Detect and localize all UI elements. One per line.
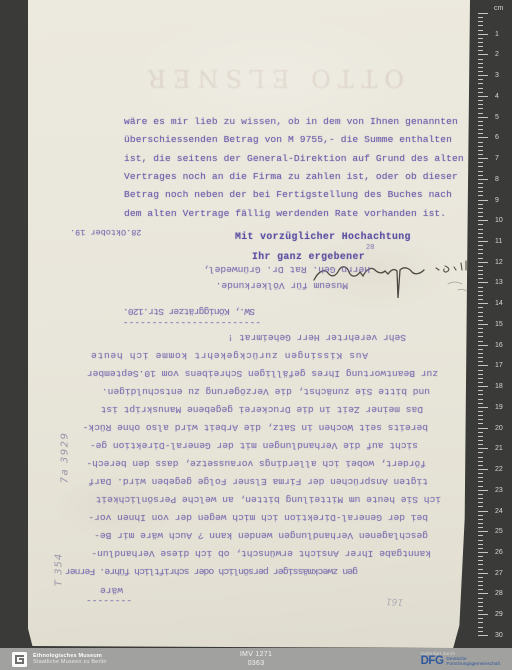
typewritten-line: Betrag noch neben der bei Fertigstellung…: [124, 186, 464, 204]
ruler-tick: [478, 142, 483, 143]
ruler-tick: [478, 83, 483, 84]
ruler-tick: [478, 320, 483, 321]
ruler-tick: [478, 498, 483, 499]
shelfmark-reference: IMV 1271 0363: [240, 651, 272, 668]
ruler-tick: [478, 237, 483, 238]
ruler-number: 15: [495, 321, 503, 328]
ruler-number: 3: [495, 72, 499, 79]
ruler-tick: [478, 419, 483, 420]
reversed-body-line: Aus Kissingen zurückgekehrt komme ich he…: [68, 350, 368, 361]
ruler-tick: [478, 307, 483, 308]
museum-caption: Ethnologisches Museum Staatliche Museen …: [33, 653, 107, 666]
ruler-tick: [478, 365, 488, 366]
ruler-tick: [478, 59, 483, 60]
ruler-tick: [478, 457, 483, 458]
ruler-tick: [478, 13, 488, 14]
ruler-tick: [478, 336, 483, 337]
ruler-tick: [478, 332, 483, 333]
reversed-address-line: SW., Königgrätzer Str.120.: [85, 306, 255, 317]
ruler-tick: [478, 42, 483, 43]
ruler-tick: [478, 220, 488, 221]
ruler-tick: [478, 295, 483, 296]
reversed-address-line: Herrn Geh. Rat Dr. Grünwedel,: [150, 264, 370, 275]
ruler-number: 25: [495, 528, 503, 535]
ruler-tick: [478, 79, 483, 80]
ruler-tick: [478, 137, 488, 138]
typewritten-line: Vertrages noch an die Firma zu zahlen is…: [124, 168, 464, 186]
dfg-name: Deutsche Forschungsgemeinschaft: [446, 657, 500, 667]
shelfmark-line: IMV 1271: [240, 651, 272, 660]
reversed-body-line: geschlagenen Verhandlungen wenden kann ?…: [48, 530, 428, 541]
ruler-tick: [478, 502, 483, 503]
ruler-number: 9: [495, 197, 499, 204]
letter-continuation-paragraph: wäre es mir lieb zu wissen, ob in dem vo…: [124, 113, 464, 223]
ruler-tick: [478, 436, 483, 437]
ruler-tick: [478, 100, 483, 101]
ruler-tick: [478, 158, 488, 159]
ruler-tick: [478, 353, 483, 354]
ruler-tick: [478, 67, 483, 68]
ruler-tick: [478, 245, 483, 246]
ruler-number: 4: [495, 93, 499, 100]
ruler-tick: [478, 266, 483, 267]
ruler-tick: [478, 598, 483, 599]
reversed-body-line: bereits seit Wochen in Satz, die Arbeit …: [48, 422, 428, 433]
ruler-number: 6: [495, 134, 499, 141]
ruler-tick: [478, 88, 483, 89]
ruler-number: 11: [495, 238, 502, 245]
ruler-number: 13: [495, 279, 503, 286]
reversed-body-line: und bitte Sie zunächst, die Verzögerung …: [50, 386, 430, 397]
ruler-tick: [478, 175, 483, 176]
ruler-tick: [478, 444, 483, 445]
ruler-tick: [478, 328, 483, 329]
ruler-tick: [478, 448, 488, 449]
typewritten-line: wäre es mir lieb zu wissen, ob in dem vo…: [124, 113, 464, 131]
ruler-tick: [478, 602, 483, 603]
image-number: 0363: [240, 660, 272, 669]
ruler-tick: [478, 287, 483, 288]
ruler-number: 14: [495, 300, 503, 307]
ruler-tick: [478, 146, 483, 147]
ruler-tick: [478, 486, 483, 487]
ruler-tick: [478, 63, 483, 64]
reversed-body-line: tigten Ansprüchen der Firma Elsner Folge…: [48, 476, 428, 487]
ruler-tick: [478, 17, 483, 18]
ruler-tick: [478, 515, 483, 516]
ruler-number: 7: [495, 155, 499, 162]
ruler-number: 1: [495, 31, 499, 38]
reversed-address-underline: ------------------------: [91, 317, 261, 328]
ruler-tick: [478, 241, 488, 242]
ruler-tick: [478, 511, 488, 512]
ruler-tick: [478, 585, 483, 586]
reversed-date-line: 28.Oktober 19.: [70, 227, 141, 237]
ruler-tick: [478, 224, 483, 225]
ruler-tick: [478, 370, 483, 371]
ruler-tick: [478, 535, 483, 536]
ruler-tick: [478, 440, 483, 441]
ruler-number: 22: [495, 466, 503, 473]
ruler-tick: [478, 531, 488, 532]
ruler-tick: [478, 631, 483, 632]
museum-org: Staatliche Museen zu Berlin: [33, 659, 107, 666]
museum-logo-icon: [12, 652, 27, 667]
ruler-tick: [478, 564, 483, 565]
ruler-tick: [478, 378, 483, 379]
ruler-tick: [478, 46, 483, 47]
ruler-tick: [478, 469, 488, 470]
ruler-tick: [478, 610, 483, 611]
ruler-tick: [478, 299, 483, 300]
ruler-tick: [478, 490, 488, 491]
ruler-tick: [478, 523, 483, 524]
ruler-tick: [478, 614, 488, 615]
photo-ruler: cm 1234567891011121314151617181920212223…: [476, 0, 512, 648]
ruler-number: 5: [495, 114, 499, 121]
typewritten-line: ist, die seitens der General-Direktion a…: [124, 150, 464, 168]
ruler-tick: [478, 494, 483, 495]
scan-photo-background: OTTO ELSNER wäre es mir lieb zu wissen, …: [0, 0, 512, 670]
ruler-number: 18: [495, 383, 503, 390]
ruler-tick: [478, 432, 483, 433]
ruler-tick: [478, 117, 488, 118]
ruler-tick: [478, 627, 483, 628]
ruler-tick: [478, 415, 483, 416]
ruler-number: 29: [495, 611, 503, 618]
ruler-tick: [478, 229, 483, 230]
ruler-number: 27: [495, 570, 503, 577]
ruler-tick: [478, 108, 483, 109]
reversed-body-line: sicht auf die Verhandlungen mit der Gene…: [38, 440, 418, 451]
reversed-salutation: Sehr verehrter Herr Geheimrat !: [176, 332, 406, 343]
ruler-tick: [478, 150, 483, 151]
ruler-tick: [478, 544, 483, 545]
ruler-tick: [478, 540, 483, 541]
ruler-tick: [478, 92, 483, 93]
ruler-tick: [478, 606, 483, 607]
ruler-tick: [478, 382, 483, 383]
ruler-tick: [478, 622, 483, 623]
ruler-tick: [478, 428, 488, 429]
typewritten-line: dem alten Vertrage fällig werdenden Rate…: [124, 205, 464, 223]
ruler-tick: [478, 113, 483, 114]
ruler-tick: [478, 183, 483, 184]
ruler-tick: [478, 125, 483, 126]
ruler-number: 30: [495, 632, 503, 639]
pencil-page-number: 161: [386, 596, 404, 607]
ruler-tick: [478, 341, 483, 342]
ruler-number: 12: [495, 259, 503, 266]
ruler-tick: [478, 166, 483, 167]
reversed-body-line: bei der General-Direktion ich mich wegen…: [48, 512, 428, 523]
ruler-tick: [478, 38, 483, 39]
ruler-tick: [478, 548, 483, 549]
ruler-number: 21: [495, 445, 503, 452]
ruler-tick: [478, 179, 488, 180]
ruler-tick: [478, 104, 483, 105]
ruler-tick: [478, 411, 483, 412]
ruler-tick: [478, 34, 488, 35]
ruler-tick: [478, 200, 488, 201]
ruler-number: 28: [495, 590, 503, 597]
ruler-tick: [478, 262, 488, 263]
ruler-tick: [478, 50, 483, 51]
ruler-tick: [478, 390, 483, 391]
footer-bar: Ethnologisches Museum Staatliche Museen …: [0, 648, 512, 670]
ruler-tick: [478, 477, 483, 478]
ruler-tick: [478, 569, 483, 570]
ruler-tick: [478, 21, 483, 22]
reversed-body-line: kanntgabe Ihrer Ansicht erwünscht, ob ic…: [51, 548, 431, 559]
ruler-tick: [478, 270, 483, 271]
ruler-tick: [478, 481, 483, 482]
ruler-tick: [478, 54, 488, 55]
ruler-tick: [478, 253, 483, 254]
ruler-tick: [478, 291, 483, 292]
ruler-tick: [478, 357, 483, 358]
reversed-address-line: Museum für Völkerkunde.: [128, 280, 348, 291]
ruler-tick: [478, 589, 483, 590]
ruler-tick: [478, 171, 483, 172]
ruler-number: 8: [495, 176, 499, 183]
ruler-tick: [478, 465, 483, 466]
dfg-acronym: DFG: [421, 657, 444, 666]
ruler-tick: [478, 75, 488, 76]
reversed-body-line: fördert, wobei ich allerdings voraussetz…: [46, 458, 426, 469]
signature-scrawl: [308, 246, 498, 310]
reversed-body-line: Das meiner Zeit in die Druckerei gegeben…: [43, 404, 423, 415]
ruler-tick: [478, 133, 483, 134]
ruler-tick: [478, 204, 483, 205]
ruler-tick: [478, 473, 483, 474]
ruler-tick: [478, 399, 483, 400]
ruler-tick: [478, 233, 483, 234]
ruler-tick: [478, 274, 483, 275]
letterhead-ghost-text: OTTO ELSNER: [146, 64, 404, 92]
ruler-number: 24: [495, 508, 503, 515]
reversed-body-line: ich Sie heute um Mitteilung bitten, an w…: [61, 494, 441, 505]
ruler-tick: [478, 154, 483, 155]
ruler-tick: [478, 249, 483, 250]
ruler-tick: [478, 394, 483, 395]
typewritten-line: überschiessenden Betrag von M 9755,- die…: [124, 131, 464, 149]
ruler-number: 19: [495, 404, 503, 411]
ruler-tick: [478, 25, 483, 26]
ruler-tick: [478, 345, 488, 346]
ruler-tick: [478, 618, 483, 619]
archival-number-lower: T 354: [54, 542, 65, 598]
ruler-tick: [478, 527, 483, 528]
ruler-tick: [478, 208, 483, 209]
ruler-tick: [478, 552, 488, 553]
ruler-tick: [478, 374, 483, 375]
ruler-tick: [478, 282, 488, 283]
ruler-tick: [478, 187, 483, 188]
ruler-tick: [478, 162, 483, 163]
reversed-body-line: zur Beantwortung Ihres gefälligen Schrei…: [58, 368, 438, 379]
ruler-unit-label: cm: [494, 5, 503, 12]
closing-salutation: Mit vorzüglicher Hochachtung: [235, 231, 411, 242]
ruler-number: 2: [495, 51, 499, 58]
ruler-tick: [478, 423, 483, 424]
ruler-tick: [478, 129, 483, 130]
ruler-tick: [478, 216, 483, 217]
ruler-tick: [478, 407, 488, 408]
ruler-tick: [478, 556, 483, 557]
ruler-tick: [478, 560, 483, 561]
ruler-tick: [478, 349, 483, 350]
ruler-tick: [478, 635, 488, 636]
archival-number-upper: 7a 3929: [60, 415, 71, 501]
ruler-tick: [478, 312, 483, 313]
ruler-tick: [478, 519, 483, 520]
ruler-number: 10: [495, 217, 503, 224]
ruler-tick: [478, 577, 483, 578]
ruler-tick: [478, 30, 483, 31]
dfg-logo: Gefördert durch DFG Deutsche Forschungsg…: [421, 651, 500, 668]
document-page: OTTO ELSNER wäre es mir lieb zu wissen, …: [28, 0, 470, 648]
ruler-tick: [478, 573, 488, 574]
ruler-number: 26: [495, 549, 503, 556]
ruler-tick: [478, 303, 488, 304]
ruler-tick: [478, 195, 483, 196]
ruler-tick: [478, 96, 488, 97]
ruler-tick: [478, 403, 483, 404]
ruler-tick: [478, 324, 488, 325]
ruler-tick: [478, 581, 483, 582]
ruler-tick: [478, 386, 488, 387]
ruler-tick: [478, 461, 483, 462]
ruler-tick: [478, 258, 483, 259]
ruler-number: 17: [495, 362, 503, 369]
ruler-tick: [478, 506, 483, 507]
ruler-tick: [478, 361, 483, 362]
ruler-tick: [478, 121, 483, 122]
ruler-number: 23: [495, 487, 503, 494]
ruler-number: 16: [495, 342, 503, 349]
ruler-tick: [478, 212, 483, 213]
ruler-tick: [478, 452, 483, 453]
ruler-tick: [478, 191, 483, 192]
ruler-tick: [478, 71, 483, 72]
ruler-tick: [478, 593, 488, 594]
ruler-number: 20: [495, 425, 503, 432]
ruler-tick: [478, 278, 483, 279]
ruler-tick: [478, 316, 483, 317]
